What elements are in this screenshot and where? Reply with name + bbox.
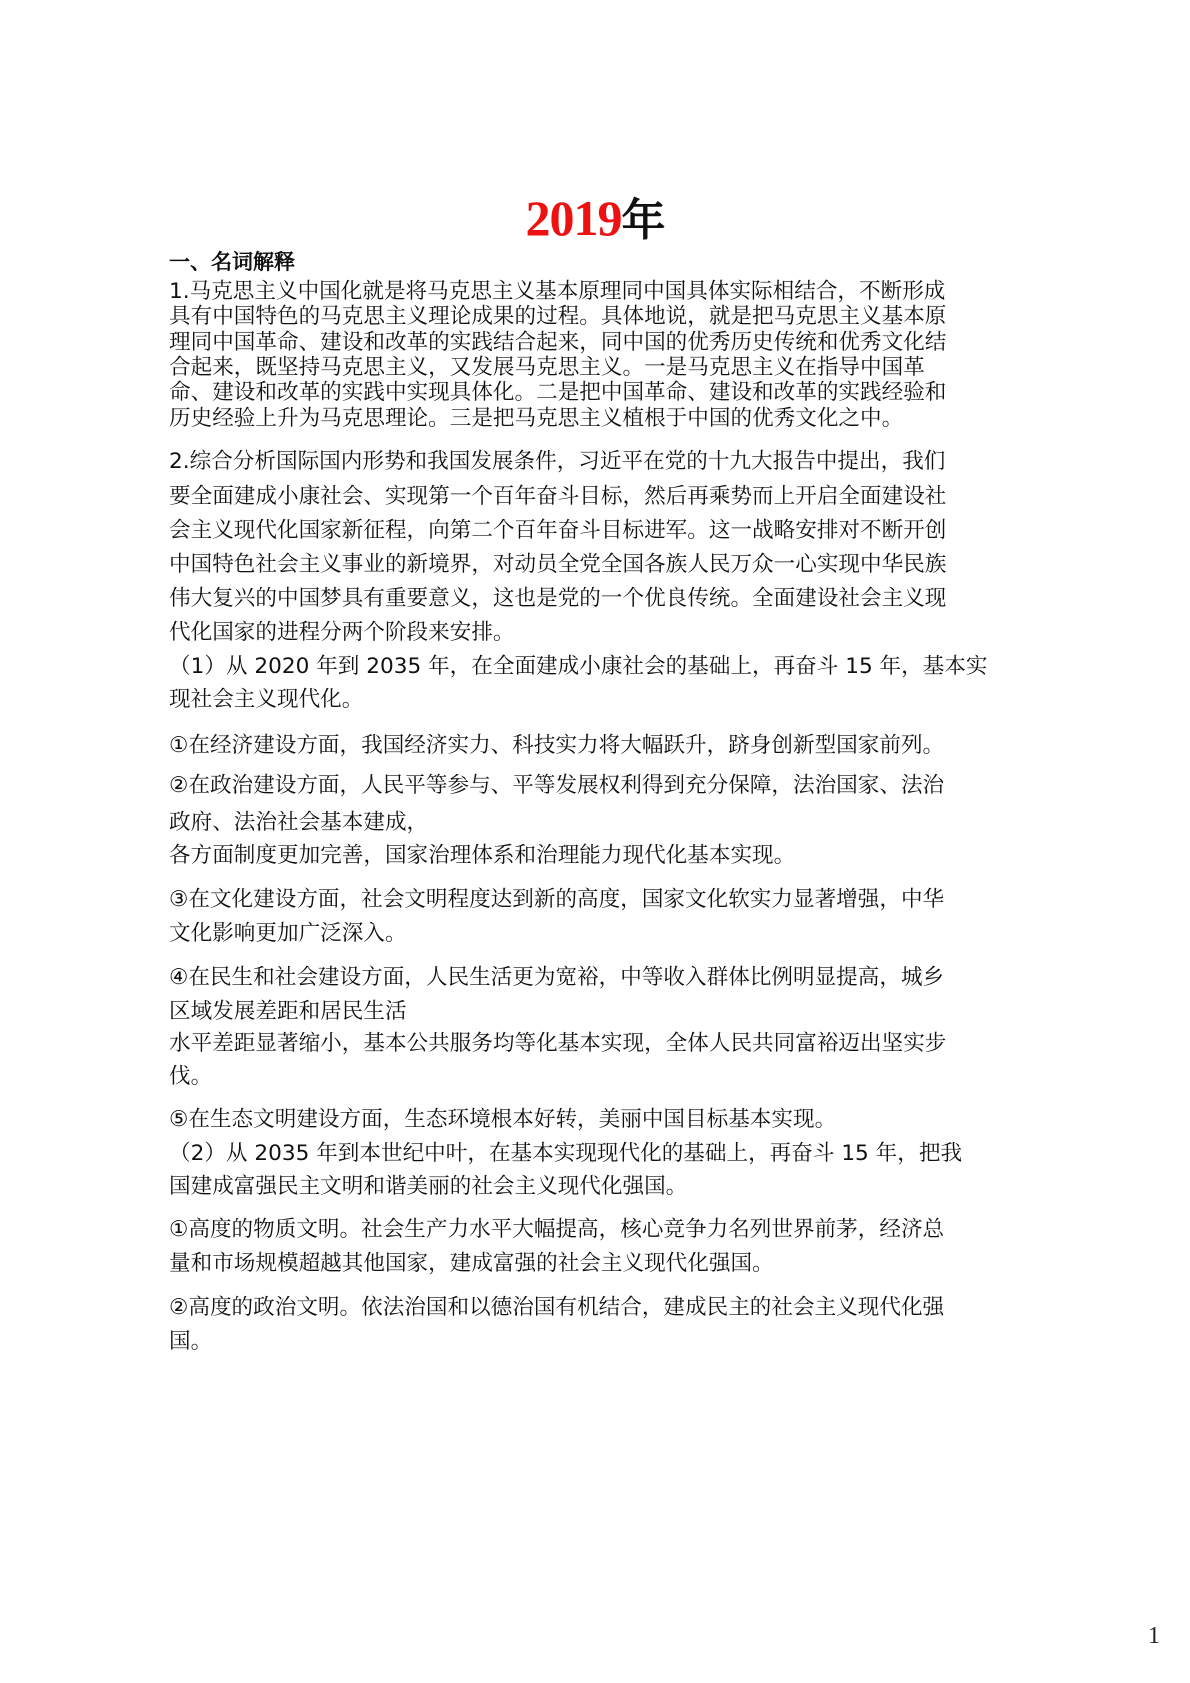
stage-2-item-2-line: ②高度的政治文明。依法治国和以德治国有机结合，建成民主的社会主义现代化强: [169, 1295, 944, 1321]
paragraph-1-line: 历史经验上升为马克思理论。三是把马克思主义植根于中国的优秀文化之中。: [169, 406, 903, 432]
title-year: 2019: [526, 190, 622, 246]
stage-1-line: （1）从 2020 年到 2035 年，在全面建成小康社会的基础上，再奋斗 15…: [169, 654, 988, 680]
stage-2-item-2-line: 国。: [169, 1329, 212, 1355]
stage-1-item-3-line: ③在文化建设方面，社会文明程度达到新的高度，国家文化软实力显著增强，中华: [169, 887, 944, 913]
paragraph-2-line: 中国特色社会主义事业的新境界，对动员全党全国各族人民万众一心实现中华民族: [169, 552, 946, 578]
stage-1-item-5-line: ⑤在生态文明建设方面，生态环境根本好转，美丽中国目标基本实现。: [169, 1107, 836, 1133]
stage-1-item-2-line: 各方面制度更加完善，国家治理体系和治理能力现代化基本实现。: [169, 843, 795, 869]
stage-1-item-4-line: ④在民生和社会建设方面，人民生活更为宽裕，中等收入群体比例明显提高，城乡: [169, 965, 944, 991]
stage-1-item-2-line: ②在政治建设方面，人民平等参与、平等发展权利得到充分保障，法治国家、法治: [169, 773, 944, 799]
paragraph-1-line: 理同中国革命、建设和改革的实践结合起来，同中国的优秀历史传统和优秀文化结: [169, 330, 946, 356]
stage-2-line: （2）从 2035 年到本世纪中叶，在基本实现现代化的基础上，再奋斗 15 年，…: [169, 1141, 962, 1167]
title-suffix: 年: [622, 195, 665, 246]
stage-2-item-1-line: ①高度的物质文明。社会生产力水平大幅提高，核心竞争力名列世界前茅，经济总: [169, 1217, 944, 1243]
paragraph-2-line: 要全面建成小康社会、实现第一个百年奋斗目标，然后再乘势而上开启全面建设社: [169, 484, 946, 510]
document-page: 2019年 一、名词解释 1.马克思主义中国化就是将马克思主义基本原理同中国具体…: [0, 0, 1190, 1683]
paragraph-1-line: 命、建设和改革的实践中实现具体化。二是把中国革命、建设和改革的实践经验和: [169, 380, 946, 406]
paragraph-2-line: 伟大复兴的中国梦具有重要意义，这也是党的一个优良传统。全面建设社会主义现: [169, 586, 946, 612]
stage-1-item-4-line: 水平差距显著缩小，基本公共服务均等化基本实现，全体人民共同富裕迈出坚实步: [169, 1031, 946, 1057]
paragraph-2-line: 代化国家的进程分两个阶段来安排。: [169, 620, 515, 646]
paragraph-2-line: 会主义现代化国家新征程，向第二个百年奋斗目标进军。这一战略安排对不断开创: [169, 518, 946, 544]
page-title: 2019年: [0, 190, 1190, 249]
page-number: 1: [1148, 1622, 1160, 1650]
stage-1-line: 现社会主义现代化。: [169, 687, 363, 713]
section-heading: 一、名词解释: [169, 249, 295, 275]
paragraph-1-line: 具有中国特色的马克思主义理论成果的过程。具体地说，就是把马克思主义基本原: [169, 304, 946, 330]
stage-2-line: 国建成富强民主文明和谐美丽的社会主义现代化强国。: [169, 1174, 687, 1200]
stage-1-item-4-line: 区域发展差距和居民生活: [169, 999, 407, 1025]
paragraph-1-line: 合起来，既坚持马克思主义，又发展马克思主义。一是马克思主义在指导中国革: [169, 355, 925, 381]
stage-1-item-2-line: 政府、法治社会基本建成，: [169, 810, 428, 836]
paragraph-1-line: 1.马克思主义中国化就是将马克思主义基本原理同中国具体实际相结合，不断形成: [169, 279, 945, 305]
stage-1-item-3-line: 文化影响更加广泛深入。: [169, 921, 407, 947]
paragraph-2-line: 2.综合分析国际国内形势和我国发展条件，习近平在党的十九大报告中提出，我们: [169, 449, 945, 475]
stage-1-item-1-line: ①在经济建设方面，我国经济实力、科技实力将大幅跃升，跻身创新型国家前列。: [169, 733, 944, 759]
stage-1-item-4-line: 伐。: [169, 1064, 212, 1090]
stage-2-item-1-line: 量和市场规模超越其他国家，建成富强的社会主义现代化强国。: [169, 1251, 774, 1277]
